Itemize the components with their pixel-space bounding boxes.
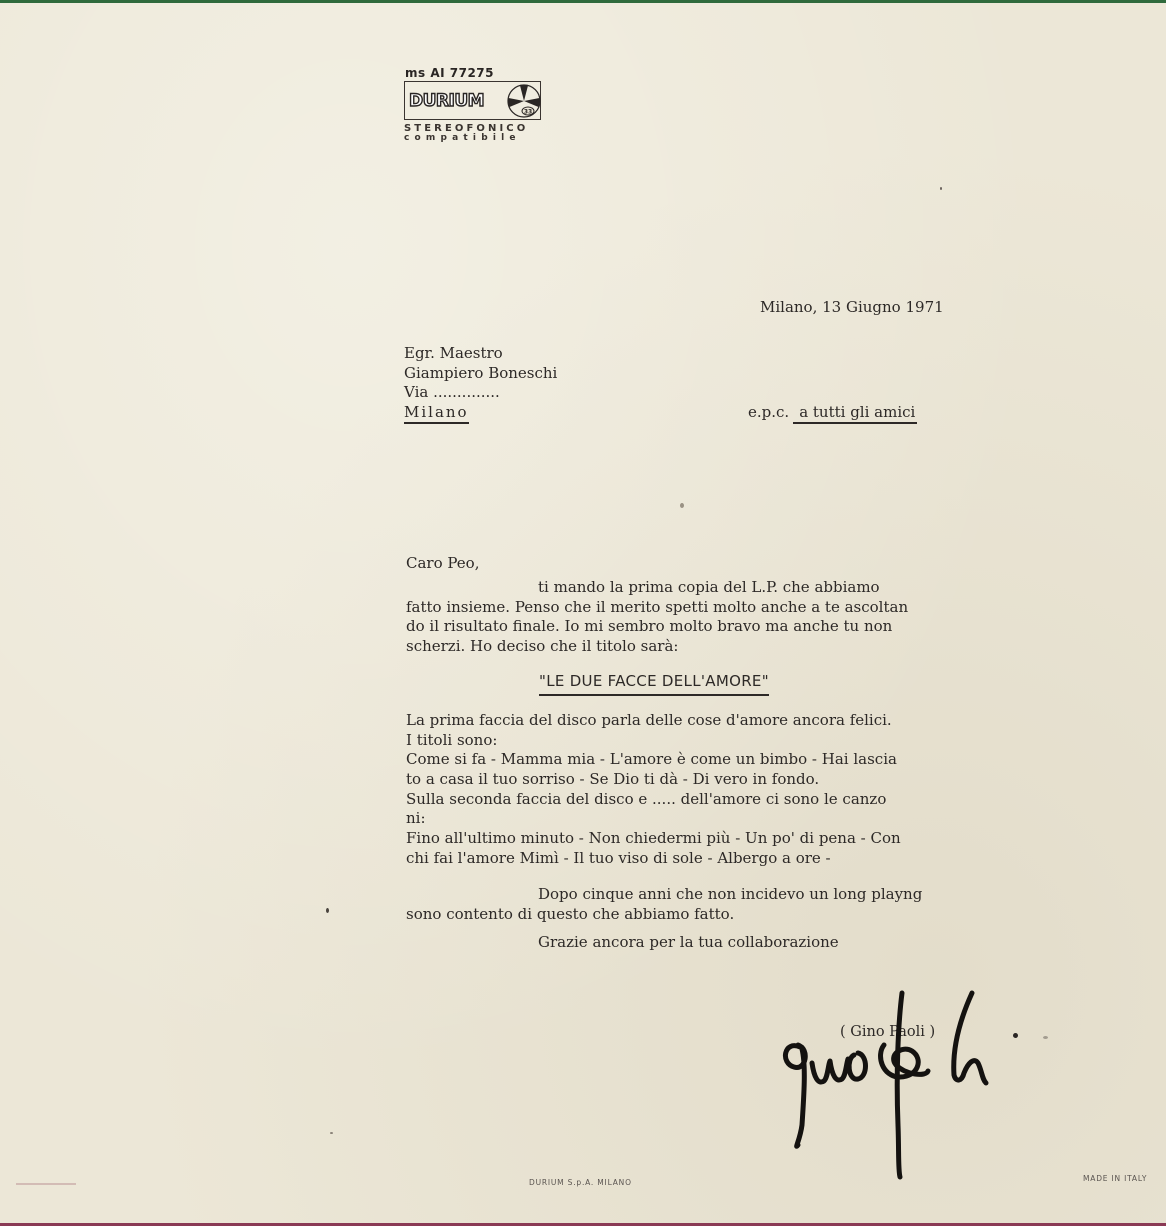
letter-paragraph-3: Dopo cinque anni che non incidevo un lon… xyxy=(406,884,922,924)
letter-date: Milano, 13 Giugno 1971 xyxy=(760,297,944,317)
text-line: La prima faccia del disco parla delle co… xyxy=(406,710,901,730)
paper-speck xyxy=(326,908,329,913)
text-line: to a casa il tuo sorriso - Se Dio ti dà … xyxy=(406,769,901,789)
publisher-credit: DURIUM S.p.A. MILANO xyxy=(529,1178,632,1187)
greeting: Caro Peo, xyxy=(406,553,908,577)
paper-speck xyxy=(330,1132,333,1134)
origin-label: MADE IN ITALY xyxy=(1083,1174,1147,1183)
recipient-name: Giampiero Boneschi xyxy=(404,363,557,383)
paper-speck xyxy=(1043,1036,1048,1039)
catalog-number: ms AI 77275 xyxy=(405,66,494,80)
recipient-address: Egr. Maestro Giampiero Boneschi Via ....… xyxy=(404,343,557,421)
svg-text:33: 33 xyxy=(524,108,532,115)
text-line: fatto insieme. Penso che il merito spett… xyxy=(406,597,908,617)
paper-speck xyxy=(940,187,942,190)
text-line: chi fai l'amore Mimì - Il tuo viso di so… xyxy=(406,848,901,868)
letter-paragraph-2: La prima faccia del disco parla delle co… xyxy=(406,710,901,868)
format-compatible: compatibile xyxy=(404,134,546,143)
text-line: sono contento di questo che abbiamo fatt… xyxy=(406,904,922,924)
recipient-city: Milano xyxy=(404,403,469,424)
recipient-title: Egr. Maestro xyxy=(404,343,557,363)
letter-paragraph-1: Caro Peo, ti mando la prima copia del L.… xyxy=(406,553,908,655)
text-line: I titoli sono: xyxy=(406,730,901,750)
paper-speck xyxy=(1013,1033,1018,1038)
printer-credit-faded xyxy=(16,1183,76,1185)
carbon-copy: e.p.c.a tutti gli amici xyxy=(748,402,917,422)
cc-label: e.p.c. xyxy=(748,403,789,421)
text-line: Sulla seconda faccia del disco e ..... d… xyxy=(406,789,901,809)
text-line: ti mando la prima copia del L.P. che abb… xyxy=(406,577,908,597)
text-line: do il risultato finale. Io mi sembro mol… xyxy=(406,616,908,636)
durium-logo: DURIUM 33 xyxy=(404,81,541,120)
text-line: Come si fa - Mamma mia - L'amore è come … xyxy=(406,749,901,769)
disc-33-icon: 33 xyxy=(506,83,542,119)
cc-recipients: a tutti gli amici xyxy=(793,403,917,424)
album-title: "LE DUE FACCE DELL'AMORE" xyxy=(539,671,769,691)
paper-speck xyxy=(680,503,684,508)
text-line: Dopo cinque anni che non incidevo un lon… xyxy=(406,884,922,904)
handwritten-signature xyxy=(776,985,1016,1185)
top-edge xyxy=(0,0,1166,3)
brand-name: DURIUM xyxy=(409,91,484,111)
text-line: ni: xyxy=(406,808,901,828)
text-line: scherzi. Ho deciso che il titolo sarà: xyxy=(406,636,908,656)
record-sleeve-back: ms AI 77275 DURIUM 33 STEREOFONICO compa… xyxy=(0,0,1166,1226)
recipient-street: Via .............. xyxy=(404,382,557,402)
closing-line: Grazie ancora per la tua collaborazione xyxy=(538,932,839,952)
text-line: Fino all'ultimo minuto - Non chiedermi p… xyxy=(406,828,901,848)
